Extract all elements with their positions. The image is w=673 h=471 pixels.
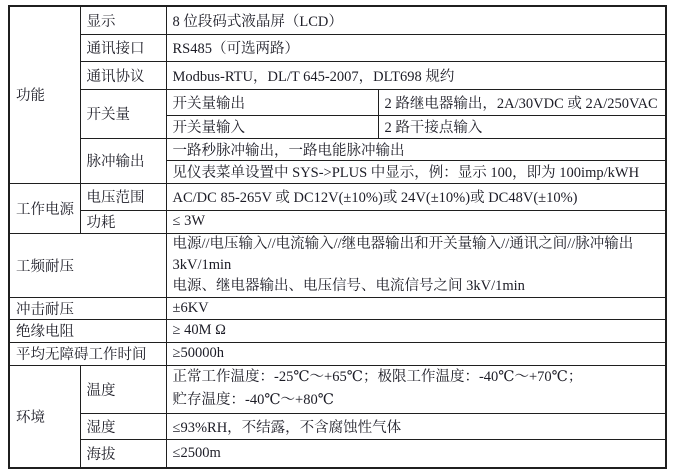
- pf-withstand-line3: 电源、继电器输出、电压信号、电流信号之间 3kV/1min: [173, 276, 662, 297]
- row-switch-output-value: 2 路继电器输出，2A/30VDC 或 2A/250VAC: [378, 89, 666, 115]
- row-mtbf-value: ≥50000h: [166, 342, 666, 365]
- row-switch-input-label: 开关量输入: [166, 115, 378, 138]
- row-altitude-value: ≤2500m: [166, 439, 666, 468]
- row-pulse-output-line1: 一路秒脉冲输出，一路电能脉冲输出: [166, 138, 666, 160]
- row-voltage-range-value: AC/DC 85-265V 或 DC12V(±10%)或 24V(±10%)或 …: [166, 183, 666, 210]
- row-impulse-withstand-label: 冲击耐压: [9, 297, 166, 319]
- row-voltage-range-label: 电压范围: [80, 183, 166, 210]
- row-switch-input-value: 2 路干接点输入: [378, 115, 666, 138]
- row-display-value: 8 位段码式液晶屏（LCD）: [166, 6, 666, 34]
- row-switch-output-label: 开关量输出: [166, 89, 378, 115]
- row-mtbf-label: 平均无障碍工作时间: [9, 342, 166, 365]
- row-pulse-output-line2: 见仪表菜单设置中 SYS->PLUS 中显示，例：显示 100，即为 100im…: [166, 160, 666, 183]
- row-impulse-withstand-value: ±6KV: [166, 297, 666, 319]
- row-pf-withstand-value: 电源//电压输入//电流输入//继电器输出和开关量输入//通讯之间//脉冲输出 …: [166, 233, 666, 297]
- row-altitude-label: 海拔: [80, 439, 166, 468]
- row-temperature-label: 温度: [80, 365, 166, 413]
- row-temperature-value: 正常工作温度：-25℃～+65℃；极限工作温度：-40℃～+70℃； 贮存温度：…: [166, 365, 666, 413]
- row-comm-protocol-value: Modbus-RTU，DL/T 645-2007，DLT698 规约: [166, 61, 666, 89]
- row-comm-interface-label: 通讯接口: [80, 34, 166, 61]
- row-pf-withstand-label: 工频耐压: [9, 233, 166, 297]
- row-environment-label: 环境: [9, 365, 80, 468]
- row-switch-io-label: 开关量: [80, 89, 166, 138]
- row-pulse-output-label: 脉冲输出: [80, 138, 166, 183]
- row-consumption-value: ≤ 3W: [166, 210, 666, 233]
- row-display-label: 显示: [80, 6, 166, 34]
- row-comm-protocol-label: 通讯协议: [80, 61, 166, 89]
- row-insulation-resistance-label: 绝缘电阻: [9, 319, 166, 342]
- row-insulation-resistance-value: ≥ 40M Ω: [166, 319, 666, 342]
- temperature-line2: 贮存温度：-40℃～+80℃: [173, 389, 662, 412]
- temperature-line1: 正常工作温度：-25℃～+65℃；极限工作温度：-40℃～+70℃；: [173, 366, 662, 389]
- row-function-label: 功能: [9, 6, 80, 183]
- row-comm-interface-value: RS485（可选两路）: [166, 34, 666, 61]
- specification-table: 功能 显示 8 位段码式液晶屏（LCD） 通讯接口 RS485（可选两路） 通讯…: [8, 5, 667, 469]
- row-power-supply-label: 工作电源: [9, 183, 80, 233]
- pf-withstand-line2: 3kV/1min: [173, 255, 662, 276]
- pf-withstand-line1: 电源//电压输入//电流输入//继电器输出和开关量输入//通讯之间//脉冲输出: [173, 234, 662, 255]
- row-consumption-label: 功耗: [80, 210, 166, 233]
- row-humidity-value: ≤93%RH，不结露，不含腐蚀性气体: [166, 413, 666, 439]
- row-humidity-label: 湿度: [80, 413, 166, 439]
